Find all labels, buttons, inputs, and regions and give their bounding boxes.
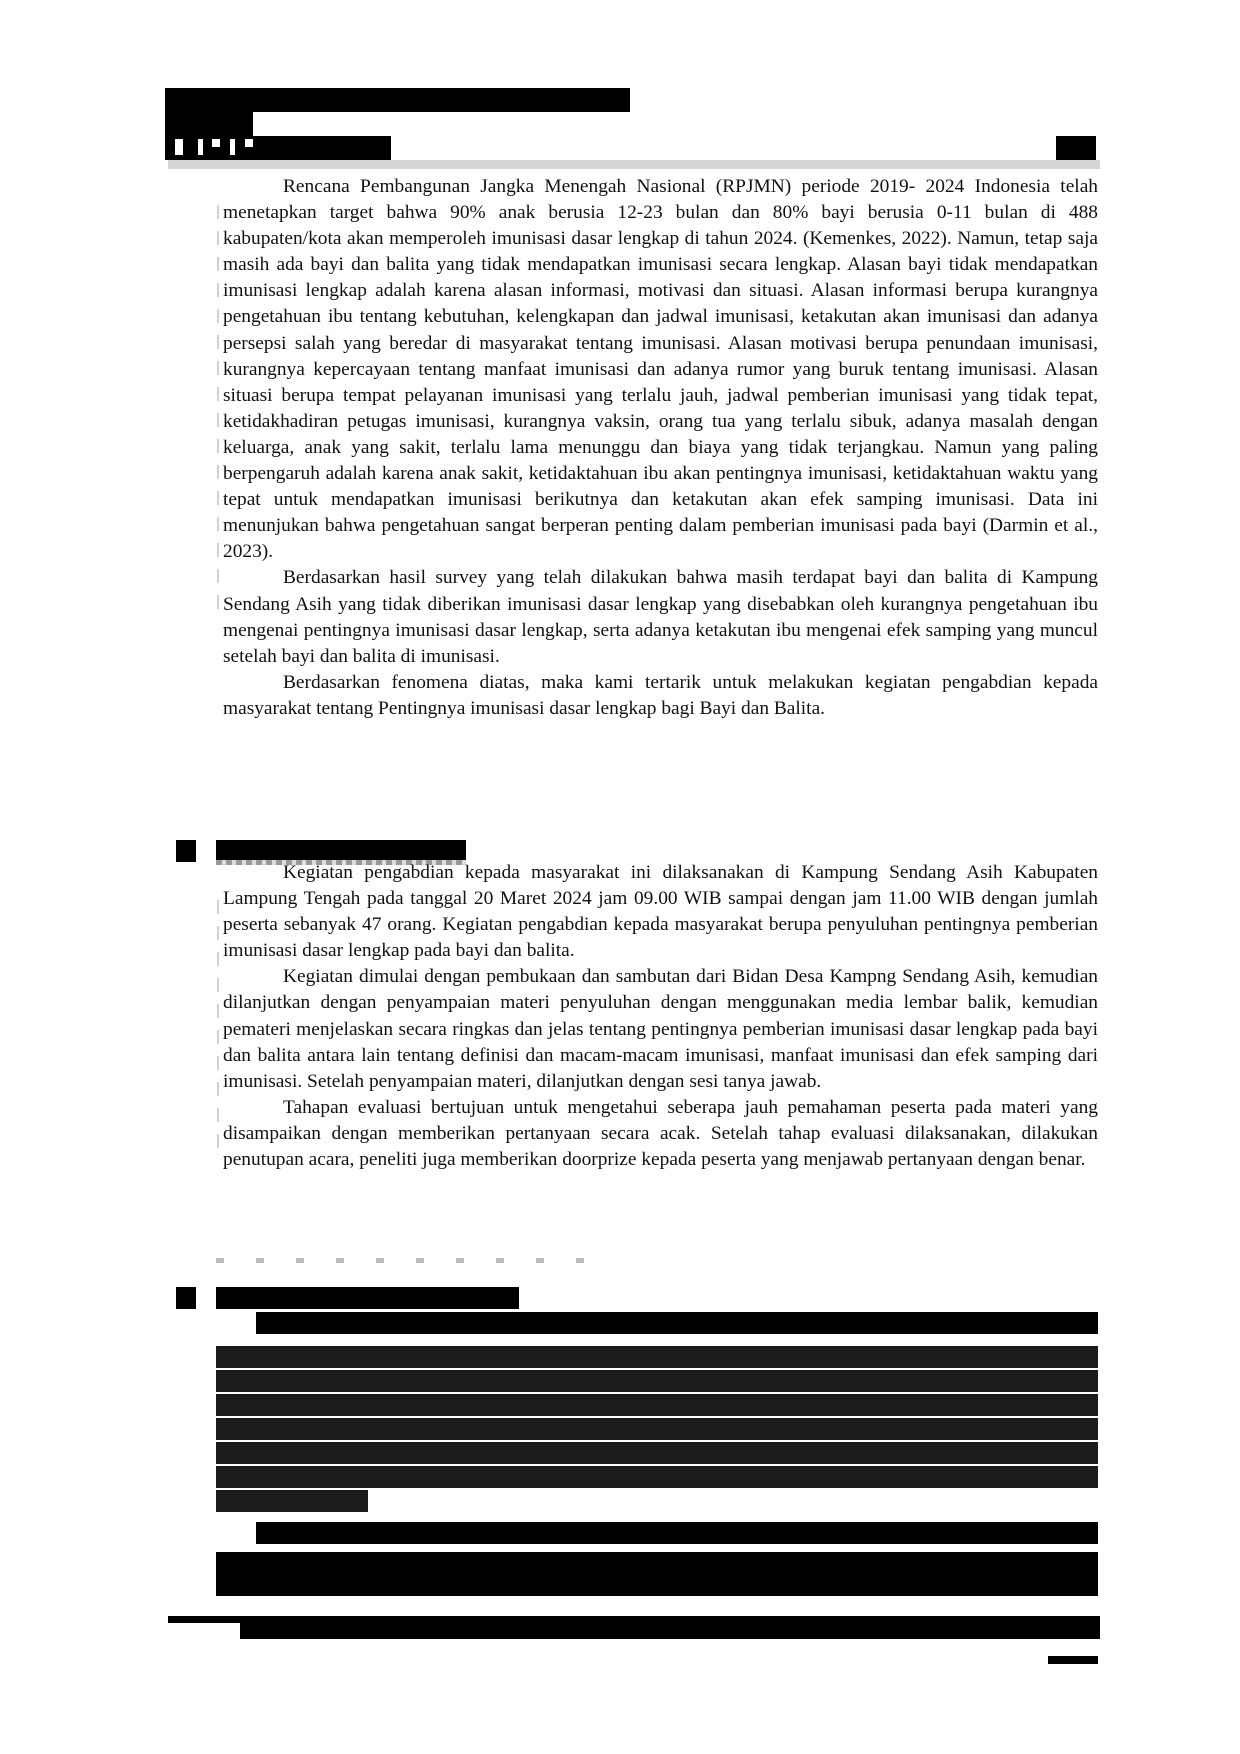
footer-page-redacted <box>1048 1656 1098 1664</box>
journal-title-redacted-line2 <box>165 112 253 136</box>
footer-content-redacted <box>240 1623 1100 1639</box>
intro-text: Rencana Pembangunan Jangka Menengah Nasi… <box>223 174 1098 722</box>
section-c-content-redacted <box>216 1312 1098 1592</box>
intro-paragraph-1: Rencana Pembangunan Jangka Menengah Nasi… <box>223 174 1098 565</box>
header-rule <box>168 160 1100 169</box>
margin-marks <box>217 205 219 615</box>
section-b-paragraph-1: Kegiatan pengabdian kepada masyarakat in… <box>223 860 1098 964</box>
section-c-title-redacted <box>216 1287 519 1309</box>
page-number-redacted <box>1056 136 1096 160</box>
journal-meta-redacted-tail <box>253 136 391 160</box>
intro-paragraph-3: Berdasarkan fenomena diatas, maka kami t… <box>223 670 1098 722</box>
journal-title-redacted <box>165 88 630 112</box>
decorative-dots <box>216 1258 616 1263</box>
section-b-paragraph-2: Kegiatan dimulai dengan pembukaan dan sa… <box>223 964 1098 1094</box>
intro-paragraph-2: Berdasarkan hasil survey yang telah dila… <box>223 565 1098 669</box>
footer-rule <box>168 1616 1100 1623</box>
section-b-title-redacted <box>216 840 466 862</box>
section-b-text: Kegiatan pengabdian kepada masyarakat in… <box>223 860 1098 1173</box>
section-b-marker-redacted <box>176 840 196 862</box>
margin-marks <box>217 900 219 1150</box>
section-b-paragraph-3: Tahapan evaluasi bertujuan untuk mengeta… <box>223 1095 1098 1173</box>
section-c-marker-redacted <box>176 1287 196 1309</box>
